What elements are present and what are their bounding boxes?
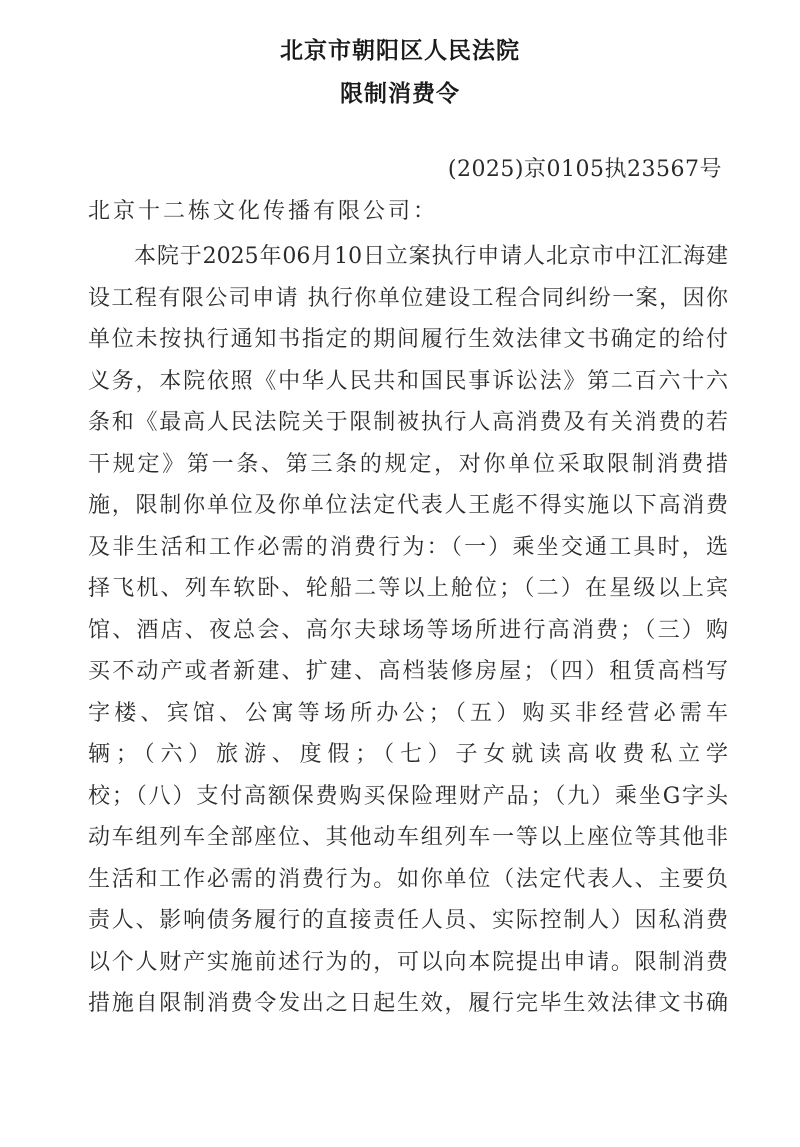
body-line: 设工程有限公司申请 执行你单位建设工程合同纠纷一案，因你 <box>88 278 728 320</box>
body-line: 辆；（六）旅游、度假；（七）子女就读高收费私立学 <box>88 734 728 776</box>
body-line: 条和《最高人民法院关于限制被执行人高消费及有关消费的若 <box>88 402 728 444</box>
body-line: 单位未按执行通知书指定的期间履行生效法律文书确定的给付 <box>88 319 728 361</box>
addressee: 北京十二栋文化传播有限公司： <box>88 194 438 225</box>
body-line: 责人、影响债务履行的直接责任人员、实际控制人）因私消费 <box>88 900 728 942</box>
body-line: 干规定》第一条、第三条的规定，对你单位采取限制消费措 <box>88 444 728 486</box>
body-line: 动车组列车全部座位、其他动车组列车一等以上座位等其他非 <box>88 817 728 859</box>
court-document-page: 北京市朝阳区人民法院 限制消费令 (2025)京0105执23567号 北京十二… <box>0 0 800 1147</box>
body-paragraph: 本院于2025年06月10日立案执行申请人北京市中江汇海建 设工程有限公司申请 … <box>88 236 728 1025</box>
body-line: 本院于2025年06月10日立案执行申请人北京市中江汇海建 <box>88 236 728 278</box>
document-type-heading: 限制消费令 <box>0 75 800 108</box>
body-line: 字楼、宾馆、公寓等场所办公；（五）购买非经营必需车 <box>88 693 728 735</box>
court-name-heading: 北京市朝阳区人民法院 <box>0 32 800 65</box>
body-line: 义务，本院依照《中华人民共和国民事诉讼法》第二百六十六 <box>88 361 728 403</box>
body-line: 馆、酒店、夜总会、高尔夫球场等场所进行高消费；（三）购 <box>88 610 728 652</box>
body-line: 校；（八）支付高额保费购买保险理财产品；（九）乘坐G字头 <box>88 776 728 818</box>
body-line: 择飞机、列车软卧、轮船二等以上舱位；（二）在星级以上宾 <box>88 568 728 610</box>
case-number: (2025)京0105执23567号 <box>448 152 722 183</box>
body-line: 以个人财产实施前述行为的，可以向本院提出申请。限制消费 <box>88 942 728 984</box>
body-line: 施，限制你单位及你单位法定代表人王彪不得实施以下高消费 <box>88 485 728 527</box>
body-line: 买不动产或者新建、扩建、高档装修房屋；（四）租赁高档写 <box>88 651 728 693</box>
body-line: 措施自限制消费令发出之日起生效，履行完毕生效法律文书确 <box>88 983 728 1025</box>
body-line: 生活和工作必需的消费行为。如你单位（法定代表人、主要负 <box>88 859 728 901</box>
body-line: 及非生活和工作必需的消费行为：（一）乘坐交通工具时，选 <box>88 527 728 569</box>
